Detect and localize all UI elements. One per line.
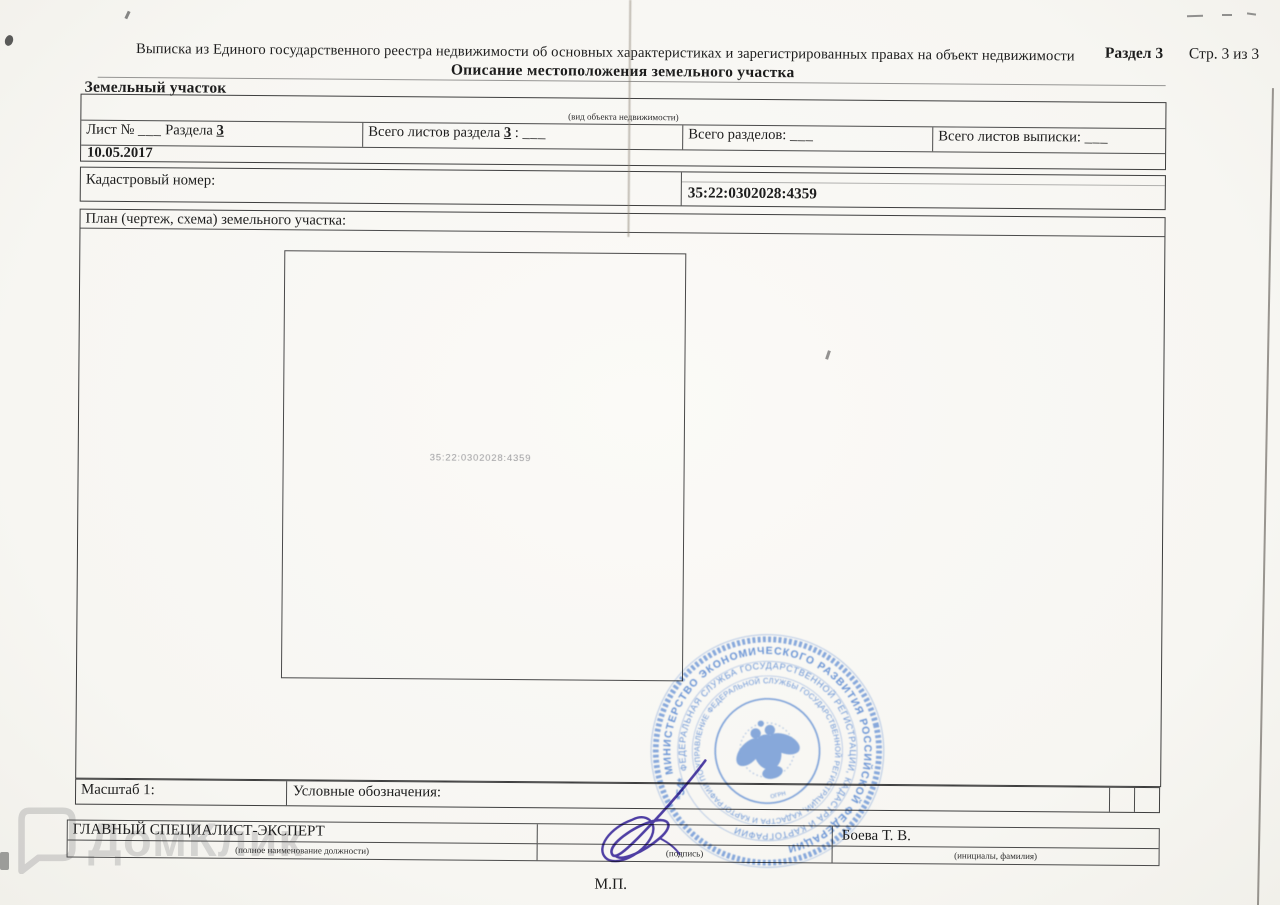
total-sheets-colon: : xyxy=(515,125,519,141)
plan-cadastral-number: 35:22:0302028:4359 xyxy=(430,452,532,464)
total-extract-label: Всего листов выписки: xyxy=(938,128,1081,145)
page-number: Стр. 3 из 3 xyxy=(1189,45,1259,64)
cadastral-label: Кадастровый номер: xyxy=(81,168,682,206)
object-kind-caption: (вид объекта недвижимости) xyxy=(568,111,679,122)
total-sections-cell: Всего разделов: ___ xyxy=(683,125,933,151)
cadastral-table: Кадастровый номер: 35:22:0302028:4359 xyxy=(80,167,1166,211)
sheet-label: Лист № xyxy=(86,122,134,138)
total-sections-label: Всего разделов: xyxy=(688,126,786,143)
scan-dash-mark xyxy=(1222,14,1232,16)
sheet-value: 3 xyxy=(216,123,223,139)
total-sections-blank: ___ xyxy=(790,127,814,143)
plan-drawing-frame: 35:22:0302028:4359 xyxy=(281,250,686,681)
cadastral-value-cell: 35:22:0302028:4359 xyxy=(682,172,1165,209)
total-sheets-label: Всего листов раздела xyxy=(368,124,500,141)
document-scan: Выписка из Единого государственного реес… xyxy=(0,0,1280,905)
sheet-number-cell: Лист № ___ Раздела 3 xyxy=(81,121,363,147)
section-label: Раздел 3 xyxy=(1105,45,1163,63)
date-value: 10.05.2017 xyxy=(87,145,153,162)
total-sheets-blank: ___ xyxy=(522,125,546,141)
total-extract-blank: ___ xyxy=(1085,129,1109,145)
sheet-blank: ___ xyxy=(138,122,162,138)
small-empty-cell-1 xyxy=(1109,788,1134,812)
sheet-info-table: (вид объекта недвижимости) Лист № ___ Ра… xyxy=(80,94,1167,171)
stamp-ogrn-text: ОГРН xyxy=(770,791,786,800)
scanned-egrn-extract-page: ДомКлик Выписка из Единого государственн… xyxy=(0,0,1280,905)
position-caption: (полное наименование должности) xyxy=(68,840,538,861)
plan-drawing-area: 35:22:0302028:4359 xyxy=(76,229,1164,783)
total-extract-sheets-cell: Всего листов выписки: ___ xyxy=(933,127,1165,153)
small-empty-cell-2 xyxy=(1134,788,1159,812)
total-section-sheets-cell: Всего листов раздела 3 : ___ xyxy=(363,123,683,150)
total-sheets-value: 3 xyxy=(504,125,511,141)
scan-edge-mark xyxy=(0,852,9,870)
handwritten-signature xyxy=(571,749,767,881)
scale-cell: Масштаб 1: xyxy=(76,780,287,806)
cadastral-value: 35:22:0302028:4359 xyxy=(688,184,817,202)
plan-section: План (чертеж, схема) земельного участка:… xyxy=(75,209,1165,788)
sheet-mid-label: Раздела xyxy=(165,122,213,138)
